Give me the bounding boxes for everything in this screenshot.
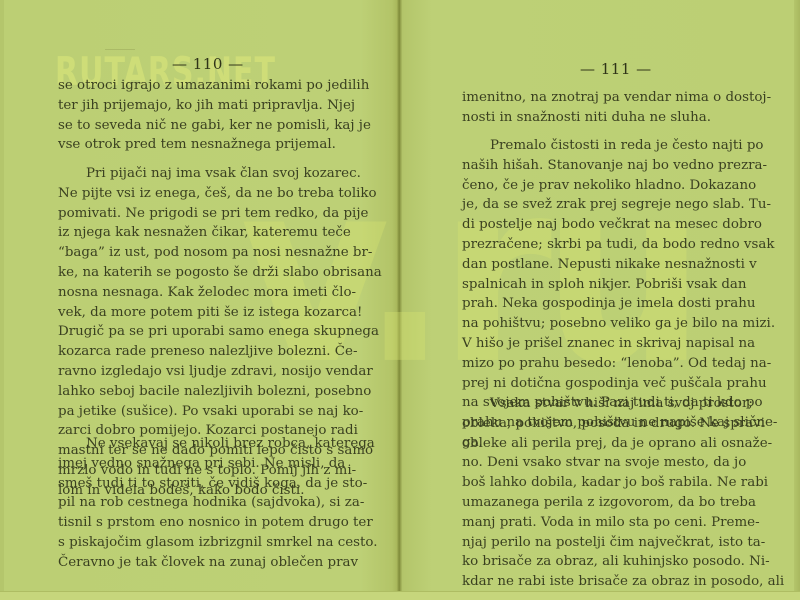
text-line: obleke ali perila prej, da je oprano ali… [462, 434, 744, 454]
text-line: nosna nesnaga. Kak želodec mora imeti čl… [58, 283, 341, 303]
text-line: imej vedno snažnega pri sebi. Ne misli, … [58, 454, 341, 474]
text-line: se otroci igrajo z umazanimi rokami po j… [58, 76, 341, 96]
text-line: pa jetike (sušice). Po vsaki uporabi se … [58, 402, 341, 422]
left-page: — 110 — se otroci igrajo z umazanimi rok… [0, 0, 400, 600]
text-line: pomivati. Ne prigodi se pri tem redko, d… [58, 204, 341, 224]
text-line: naših hišah. Stanovanje naj bo vedno pre… [462, 156, 744, 176]
text-line: prej ni dotična gospodinja več puščala p… [462, 374, 744, 394]
paragraph: se otroci igrajo z umazanimi rokami po j… [58, 76, 341, 155]
paragraph: Ne vsekavaj se nikoli brez robca, katere… [58, 434, 341, 573]
text-line: Pri pijači naj ima vsak član svoj kozare… [58, 164, 341, 184]
text-line: nosti in snažnosti niti duha ne sluha. [462, 108, 744, 128]
text-line: di postelje naj bodo večkrat na mesec do… [462, 215, 744, 235]
text-line: dan postlane. Nepusti nikake nesnažnosti… [462, 255, 744, 275]
text-line: Ne pijte vsi iz enega, češ, da ne bo tre… [58, 184, 341, 204]
text-line: “baga” iz ust, pod nosom pa nosi nesnažn… [58, 243, 341, 263]
text-line: no. Deni vsako stvar na svoje mesto, da … [462, 453, 744, 473]
text-line: prezračene; skrbi pa tudi, da bodo redno… [462, 235, 744, 255]
text-line: imenitno, na znotraj pa vendar nima o do… [462, 88, 744, 108]
text-line: manj prati. Voda in milo sta po ceni. Pr… [462, 513, 744, 533]
text-line: tisnil s prstom eno nosnico in potem dru… [58, 513, 341, 533]
text-line: vek, da more potem piti še iz istega koz… [58, 303, 341, 323]
right-page: — 111 — imenitno, na znotraj pa vendar n… [400, 0, 800, 600]
text-line: vse otrok pred tem nesnažnega prijemal. [58, 135, 341, 155]
text-line: Vsaka stvar v hiši naj ima svoj prostor; [462, 394, 744, 414]
text-line: čeno, če je prav nekoliko hladno. Dokaza… [462, 176, 744, 196]
text-line: pil na rob cestnega hodnika (sajdvoka), … [58, 493, 341, 513]
text-line: se to seveda nič ne gabi, ker ne pomisli… [58, 116, 341, 136]
text-line: Ne vsekavaj se nikoli brez robca, katere… [58, 434, 341, 454]
text-line: kdar ne rabi iste brisače za obraz in po… [462, 572, 744, 592]
paragraph: imenitno, na znotraj pa vendar nima o do… [462, 88, 744, 128]
text-line: ko brisače za obraz, ali kuhinjsko posod… [462, 552, 744, 572]
text-line: iz njega kak nesnažen čikar, kateremu te… [58, 223, 341, 243]
text-line: spalnicah in sploh nikjer. Pobriši vsak … [462, 275, 744, 295]
text-line: lahko seboj bacile nalezljivih bolezni, … [58, 382, 341, 402]
text-line: Premalo čistosti in reda je često najti … [462, 136, 744, 156]
text-line: s piskajočim glasom izbrizgnil smrkel na… [58, 533, 341, 553]
text-line: njaj perilo na postelji čim največkrat, … [462, 533, 744, 553]
text-line: ravno izgledajo vsi ljudje zdravi, nosij… [58, 362, 341, 382]
text-line: obleka, pohištvo, posoda in drugo. Ne sp… [462, 414, 744, 434]
text-line: ke, na katerih se pogosto še drži slabo … [58, 263, 341, 283]
text-line: mizo po prahu besedo: “lenoba”. Od tedaj… [462, 354, 744, 374]
text-line: Drugič pa se pri uporabi samo enega skup… [58, 322, 341, 342]
text-line: Čeravno je tak človek na zunaj oblečen p… [58, 553, 341, 573]
text-line: boš lahko dobila, kadar jo boš rabila. N… [462, 473, 744, 493]
text-line: je, da se svež zrak prej segreje nego sl… [462, 195, 744, 215]
page-number: — 110 — [172, 55, 244, 73]
page-number: — 111 — [580, 60, 652, 78]
text-line: smeš tudi ti to storiti, če vidiš koga, … [58, 474, 341, 494]
text-line: V hišo je prišel znanec in skrivaj napis… [462, 334, 744, 354]
text-line: ter jih prijemajo, ko jih mati pripravlj… [58, 96, 341, 116]
text-line: na pohištvu; posebno veliko ga je bilo n… [462, 314, 744, 334]
paragraph: Vsaka stvar v hiši naj ima svoj prostor;… [462, 394, 744, 592]
text-line: prah. Neka gospodinja je imela dosti pra… [462, 294, 744, 314]
text-line: kozarca rade preneso nalezljive bolezni.… [58, 342, 341, 362]
text-line: umazanega perila z izgovorom, da bo treb… [462, 493, 744, 513]
